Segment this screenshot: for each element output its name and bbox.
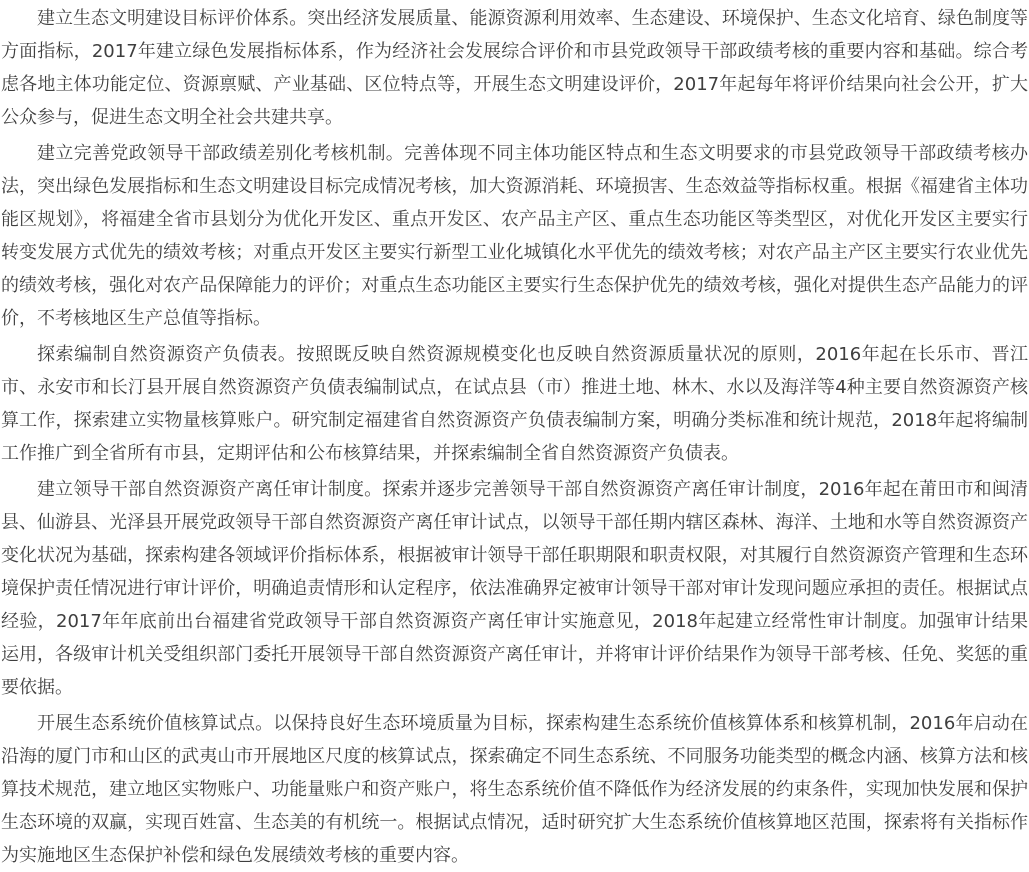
paragraph-outgoing-audit-system: 建立领导干部自然资源资产离任审计制度。探索并逐步完善领导干部自然资源资产离任审计… xyxy=(1,473,1028,704)
document-body: 建立生态文明建设目标评价体系。突出经济发展质量、能源资源利用效率、生态建设、环境… xyxy=(0,0,1029,872)
paragraph-ecosystem-value-accounting: 开展生态系统价值核算试点。以保持良好生态环境质量为目标，探索构建生态系统价值核算… xyxy=(1,707,1028,872)
paragraph-natural-resource-balance-sheet: 探索编制自然资源资产负债表。按照既反映自然资源规模变化也反映自然资源质量状况的原… xyxy=(1,338,1028,470)
paragraph-evaluation-system: 建立生态文明建设目标评价体系。突出经济发展质量、能源资源利用效率、生态建设、环境… xyxy=(1,2,1028,134)
paragraph-differentiated-assessment: 建立完善党政领导干部政绩差别化考核机制。完善体现不同主体功能区特点和生态文明要求… xyxy=(1,137,1028,335)
